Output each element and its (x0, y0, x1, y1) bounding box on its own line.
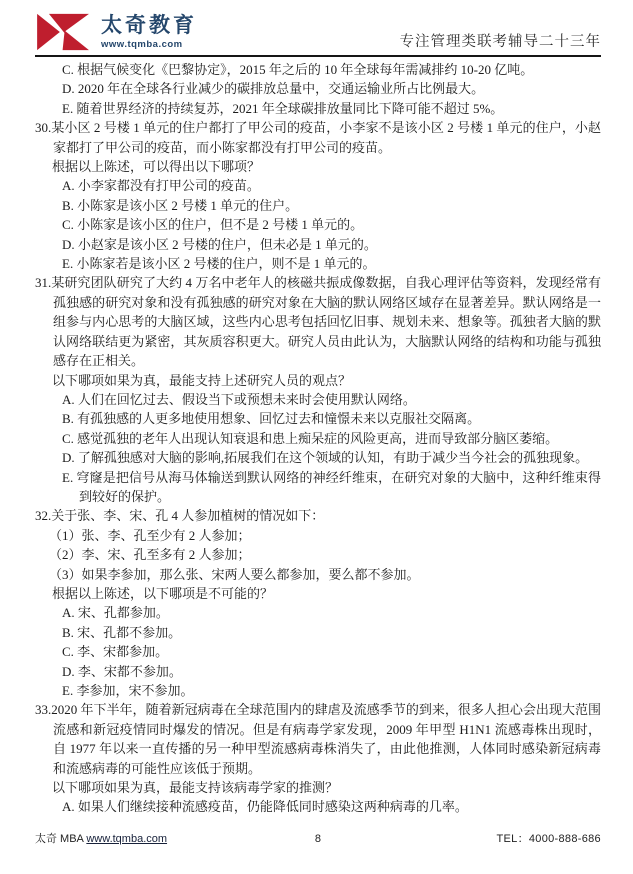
answer-option-line: E. 小陈家若是该小区 2 号楼的住户，则不是 1 单元的。 (62, 254, 601, 273)
question-paragraph: 30.某小区 2 号楼 1 单元的住户都打了甲公司的疫苗，小李家不是该小区 2 … (35, 118, 601, 157)
brand-logo: 太奇教育 www.tqmba.com (35, 12, 197, 52)
document-body: C. 根据气候变化《巴黎协定》，2015 年之后的 10 年全球每年需减排约 1… (35, 60, 601, 817)
question-paragraph: 33.2020 年下半年，随着新冠病毒在全球范围内的肆虐及流感季节的到来，很多人… (35, 700, 601, 778)
brand-name: 太奇教育 (101, 15, 197, 36)
answer-option-line: A. 人们在回忆过去、假设当下或预想未来时会使用默认网络。 (62, 390, 601, 409)
brand-text-block: 太奇教育 www.tqmba.com (101, 15, 197, 50)
answer-option-line: B. 有孤独感的人更多地使用想象、回忆过去和憧憬未来以克服社交隔离。 (62, 409, 601, 428)
footer-left: 太奇 MBA www.tqmba.com (35, 830, 250, 846)
answer-option-line: E. 穹窿是把信号从海马体输送到默认网络的神经纤维束，在研究对象的大脑中，这种纤… (62, 468, 601, 507)
question-stem-line: 以下哪项如果为真，最能支持上述研究人员的观点？ (52, 371, 601, 390)
answer-option-line: A. 如果人们继续接种流感疫苗，仍能降低同时感染这两种病毒的几率。 (62, 797, 601, 816)
page-header: 太奇教育 www.tqmba.com 专注管理类联考辅导二十三年 (35, 0, 601, 57)
answer-option-line: B. 小陈家是该小区 2 号楼 1 单元的住户。 (62, 196, 601, 215)
answer-option-line: D. 了解孤独感对大脑的影响,拓展我们在这个领域的认知，有助于减少当今社会的孤独… (62, 448, 601, 467)
brand-url: www.tqmba.com (101, 40, 197, 50)
question-stem-line: 以下哪项如果为真，最能支持该病毒学家的推测？ (52, 778, 601, 797)
answer-option-line: D. 2020 年在全球各行业减少的碳排放总量中，交通运输业所占比例最大。 (62, 79, 601, 98)
answer-option-line: A. 宋、孔都参加。 (62, 603, 601, 622)
page-number: 8 (250, 833, 386, 845)
document-page: 太奇教育 www.tqmba.com 专注管理类联考辅导二十三年 C. 根据气候… (0, 0, 633, 874)
answer-option-line: C. 李、宋都参加。 (62, 642, 601, 661)
answer-option-line: C. 小陈家是该小区的住户，但不是 2 号楼 1 单元的。 (62, 215, 601, 234)
condition-line: （2）李、宋、孔至多有 2 人参加； (49, 545, 601, 564)
answer-option-line: B. 宋、孔都不参加。 (62, 623, 601, 642)
answer-option-line: D. 李、宋都不参加。 (62, 662, 601, 681)
taiqi-logo-icon (35, 12, 92, 52)
page-footer: 太奇 MBA www.tqmba.com 8 TEL：4000-888-686 (35, 830, 601, 846)
answer-option-line: E. 随着世界经济的持续复苏，2021 年全球碳排放量同比下降可能不超过 5%。 (62, 99, 601, 118)
footer-brand-label: 太奇 MBA (35, 833, 86, 845)
condition-line: （3）如果李参加，那么张、宋两人要么都参加，要么都不参加。 (49, 565, 601, 584)
question-paragraph: 31.某研究团队研究了大约 4 万名中老年人的核磁共振成像数据，自我心理评估等资… (35, 273, 601, 370)
answer-option-line: A. 小李家都没有打甲公司的疫苗。 (62, 176, 601, 195)
answer-option-line: D. 小赵家是该小区 2 号楼的住户，但未必是 1 单元的。 (62, 235, 601, 254)
question-paragraph: 32.关于张、李、宋、孔 4 人参加植树的情况如下： (35, 506, 601, 525)
footer-telephone: TEL：4000-888-686 (386, 830, 601, 846)
header-slogan: 专注管理类联考辅导二十三年 (400, 30, 602, 52)
answer-option-line: C. 感觉孤独的老年人出现认知衰退和患上痴呆症的风险更高，进而导致部分脑区萎缩。 (62, 429, 601, 448)
question-stem-line: 根据以上陈述，可以得出以下哪项？ (52, 157, 601, 176)
condition-line: （1）张、李、孔至少有 2 人参加； (49, 526, 601, 545)
answer-option-line: C. 根据气候变化《巴黎协定》，2015 年之后的 10 年全球每年需减排约 1… (62, 60, 601, 79)
footer-website-link[interactable]: www.tqmba.com (86, 833, 167, 845)
question-stem-line: 根据以上陈述，以下哪项是不可能的？ (52, 584, 601, 603)
answer-option-line: E. 李参加，宋不参加。 (62, 681, 601, 700)
